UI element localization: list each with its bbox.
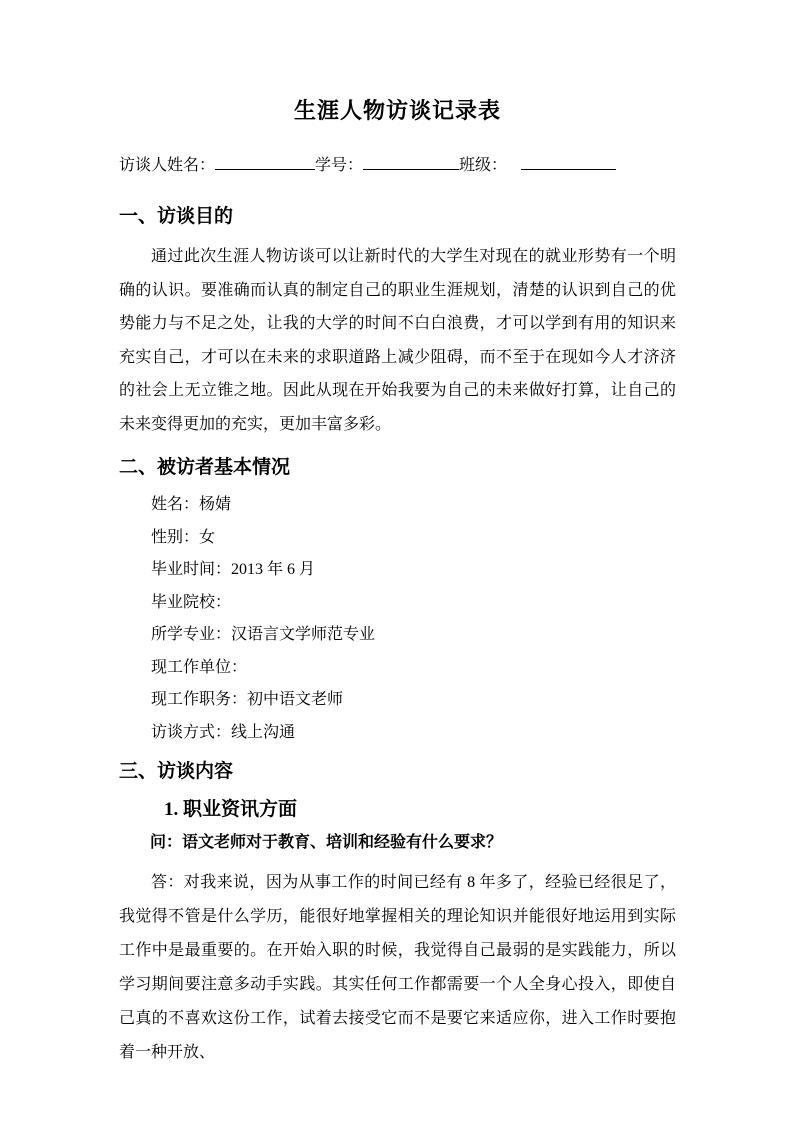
question-line: 问：语文老师对于教育、培训和经验有什么要求？ xyxy=(119,832,676,854)
section-3-heading: 三、访谈内容 xyxy=(119,759,676,785)
interviewee-info-list: 姓名：杨婧 性别：女 毕业时间：2013 年 6 月 毕业院校： 所学专业：汉语… xyxy=(119,489,676,749)
info-line-work-unit: 现工作单位： xyxy=(119,652,676,685)
topic-1-subheading: 1. 职业资讯方面 xyxy=(119,797,676,823)
document-title: 生涯人物访谈记录表 xyxy=(119,0,676,126)
interviewer-name-blank-line xyxy=(215,153,315,170)
info-line-interview-method: 访谈方式：线上沟通 xyxy=(119,717,676,750)
info-line-gender: 性别：女 xyxy=(119,522,676,555)
section-1-paragraph: 通过此次生涯人物访谈可以让新时代的大学生对现在的就业形势有一个明确的认识。要准确… xyxy=(119,240,676,441)
section-2-heading: 二、被访者基本情况 xyxy=(119,455,676,481)
info-line-name: 姓名：杨婧 xyxy=(119,489,676,522)
class-label: 班级： xyxy=(459,157,507,174)
info-line-graduation-date: 毕业时间：2013 年 6 月 xyxy=(119,554,676,587)
interviewer-name-label: 访谈人姓名： xyxy=(119,157,215,174)
info-line-job-title: 现工作职务：初中语文老师 xyxy=(119,684,676,717)
answer-paragraph: 答：对我来说，因为从事工作的时间已经有 8 年多了，经验已经很足了，我觉得不管是… xyxy=(119,866,676,1070)
section-1-heading: 一、访谈目的 xyxy=(119,204,676,230)
document-page: 生涯人物访谈记录表 访谈人姓名：学号：班级： 一、访谈目的 通过此次生涯人物访谈… xyxy=(0,0,793,1122)
student-id-blank-line xyxy=(363,153,459,170)
class-blank-line xyxy=(521,153,616,170)
interviewer-info-line: 访谈人姓名：学号：班级： xyxy=(119,153,676,177)
info-line-major: 所学专业：汉语言文学师范专业 xyxy=(119,619,676,652)
student-id-label: 学号： xyxy=(315,157,363,174)
info-line-school: 毕业院校： xyxy=(119,587,676,620)
